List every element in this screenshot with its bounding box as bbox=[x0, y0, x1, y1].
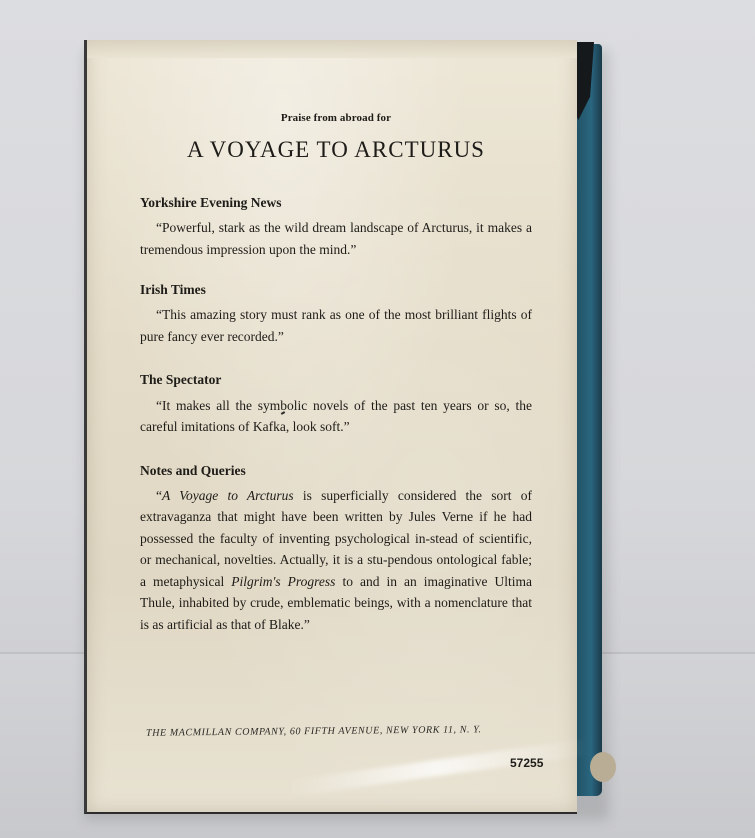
italic-pilgrims-progress: Pilgrim's Progress bbox=[231, 574, 335, 589]
book-title: A VOYAGE TO ARCTURUS bbox=[140, 138, 532, 161]
review-source: Irish Times bbox=[140, 282, 532, 298]
review-quote: “This amazing story must rank as one of … bbox=[140, 304, 532, 347]
praise-heading: Praise from abroad for bbox=[140, 112, 532, 124]
spine-paper-scrap bbox=[590, 752, 616, 782]
jacket-top-fold bbox=[87, 40, 577, 58]
review-source: Yorkshire Evening News bbox=[140, 195, 532, 211]
italic-book-title: A Voyage to Arcturus bbox=[162, 488, 294, 503]
review-the-spectator: The Spectator “It makes all the symbolic… bbox=[140, 372, 532, 437]
review-yorkshire-evening-news: Yorkshire Evening News “Powerful, stark … bbox=[140, 195, 532, 260]
review-quote: “Powerful, stark as the wild dream lands… bbox=[140, 217, 532, 260]
jacket-text: Praise from abroad for A VOYAGE TO ARCTU… bbox=[140, 112, 532, 635]
review-source: The Spectator bbox=[140, 372, 532, 388]
review-source: Notes and Queries bbox=[140, 463, 532, 479]
catalog-code: 57255 bbox=[510, 756, 543, 770]
review-notes-and-queries: Notes and Queries “A Voyage to Arcturus … bbox=[140, 463, 532, 636]
review-quote: “A Voyage to Arcturus is superficially c… bbox=[140, 485, 532, 636]
review-quote: “It makes all the symbolic novels of the… bbox=[140, 395, 532, 438]
review-irish-times: Irish Times “This amazing story must ran… bbox=[140, 282, 532, 347]
